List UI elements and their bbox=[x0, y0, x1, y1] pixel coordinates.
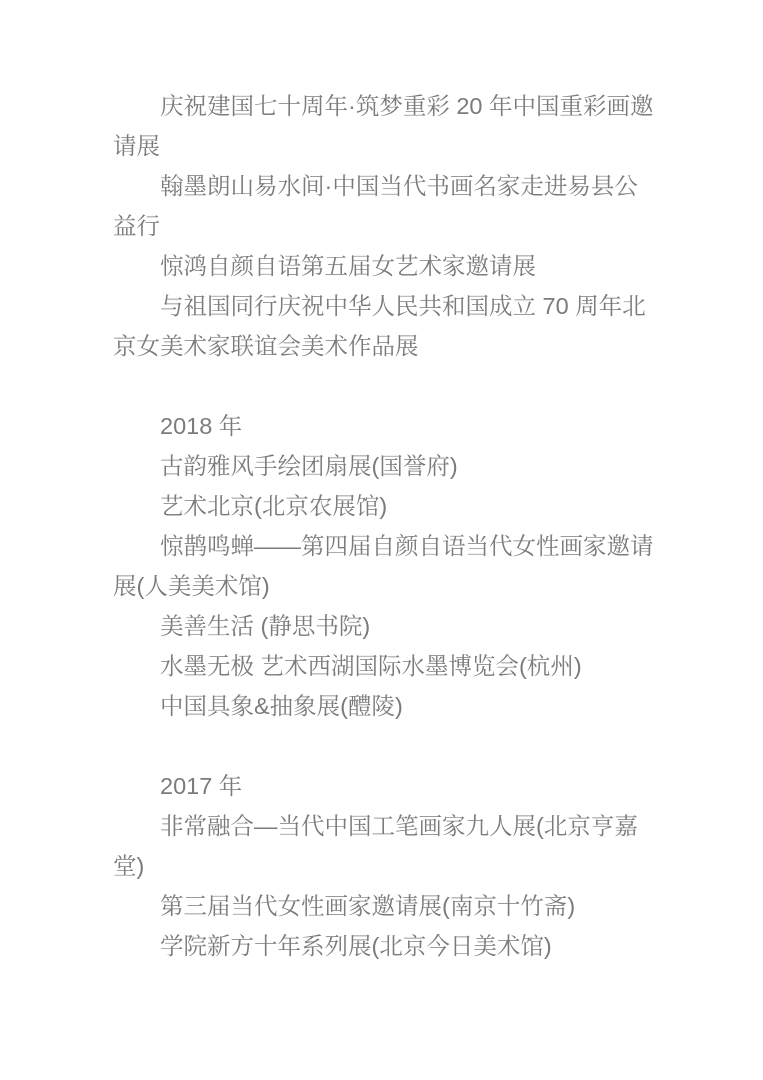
document-page: 庆祝建国七十周年·筑梦重彩 20 年中国重彩画邀请展翰墨朗山易水间·中国当代书画… bbox=[0, 0, 763, 1080]
blank-line bbox=[113, 366, 659, 406]
exhibition-item: 第三届当代女性画家邀请展(南京十竹斋) bbox=[113, 886, 659, 926]
blank-line bbox=[113, 726, 659, 766]
year-heading: 2018 年 bbox=[113, 406, 659, 446]
exhibition-item: 中国具象&抽象展(醴陵) bbox=[113, 686, 659, 726]
year-heading: 2017 年 bbox=[113, 766, 659, 806]
exhibition-item: 古韵雅风手绘团扇展(国誉府) bbox=[113, 446, 659, 486]
exhibition-item: 学院新方十年系列展(北京今日美术馆) bbox=[113, 926, 659, 966]
exhibition-item: 与祖国同行庆祝中华人民共和国成立 70 周年北京女美术家联谊会美术作品展 bbox=[113, 286, 659, 366]
exhibition-item: 水墨无极 艺术西湖国际水墨博览会(杭州) bbox=[113, 646, 659, 686]
exhibition-item: 美善生活 (静思书院) bbox=[113, 606, 659, 646]
exhibition-item: 非常融合—当代中国工笔画家九人展(北京亨嘉堂) bbox=[113, 806, 659, 886]
exhibition-item: 惊鸿自颜自语第五届女艺术家邀请展 bbox=[113, 246, 659, 286]
article-body: 庆祝建国七十周年·筑梦重彩 20 年中国重彩画邀请展翰墨朗山易水间·中国当代书画… bbox=[113, 86, 659, 966]
exhibition-item: 惊鹊鸣蝉——第四届自颜自语当代女性画家邀请展(人美美术馆) bbox=[113, 526, 659, 606]
exhibition-item: 庆祝建国七十周年·筑梦重彩 20 年中国重彩画邀请展 bbox=[113, 86, 659, 166]
exhibition-item: 翰墨朗山易水间·中国当代书画名家走进易县公益行 bbox=[113, 166, 659, 246]
exhibition-item: 艺术北京(北京农展馆) bbox=[113, 486, 659, 526]
